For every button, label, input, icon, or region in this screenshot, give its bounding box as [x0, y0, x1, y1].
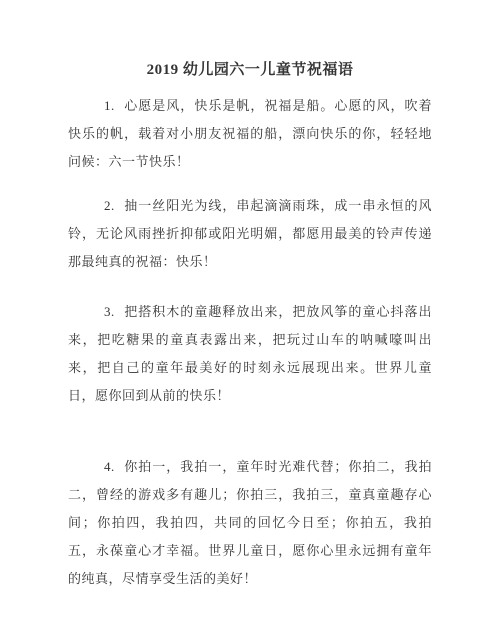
document-title: 2019 幼儿园六一儿童节祝福语	[68, 58, 432, 82]
paragraph-2-number: 2.	[104, 198, 115, 213]
paragraph-4-text: 你拍一，我拍一，童年时光难代替；你拍二，我拍二，曾经的游戏多有趣儿；你拍三，我拍…	[68, 459, 432, 586]
paragraph-1-text: 心愿是风，快乐是帆，祝福是船。心愿的风，吹着快乐的帆，载着对小朋友祝福的船，漂向…	[68, 98, 432, 169]
paragraph-2: 2.抽一丝阳光为线，串起滴滴雨珠，成一串永恒的风铃，无论风雨挫折抑郁或阳光明媚，…	[68, 192, 432, 276]
paragraph-3-text: 把搭积木的童趣释放出来，把放风筝的童心抖落出来，把吃糖果的童真表露出来，把玩过山…	[68, 304, 432, 403]
paragraph-3-number: 3.	[104, 304, 115, 319]
paragraph-3: 3.把搭积木的童趣释放出来，把放风筝的童心抖落出来，把吃糖果的童真表露出来，把玩…	[68, 298, 432, 410]
paragraph-1-number: 1.	[104, 98, 115, 113]
paragraph-1: 1.心愿是风，快乐是帆，祝福是船。心愿的风，吹着快乐的帆，载着对小朋友祝福的船，…	[68, 92, 432, 176]
document-page: 2019 幼儿园六一儿童节祝福语 1.心愿是风，快乐是帆，祝福是船。心愿的风，吹…	[0, 0, 500, 637]
paragraph-4: 4.你拍一，我拍一，童年时光难代替；你拍二，我拍二，曾经的游戏多有趣儿；你拍三，…	[68, 453, 432, 593]
document-content: 2019 幼儿园六一儿童节祝福语 1.心愿是风，快乐是帆，祝福是船。心愿的风，吹…	[68, 58, 432, 593]
paragraph-4-number: 4.	[104, 459, 115, 474]
paragraph-2-text: 抽一丝阳光为线，串起滴滴雨珠，成一串永恒的风铃，无论风雨挫折抑郁或阳光明媚，都愿…	[68, 198, 432, 269]
